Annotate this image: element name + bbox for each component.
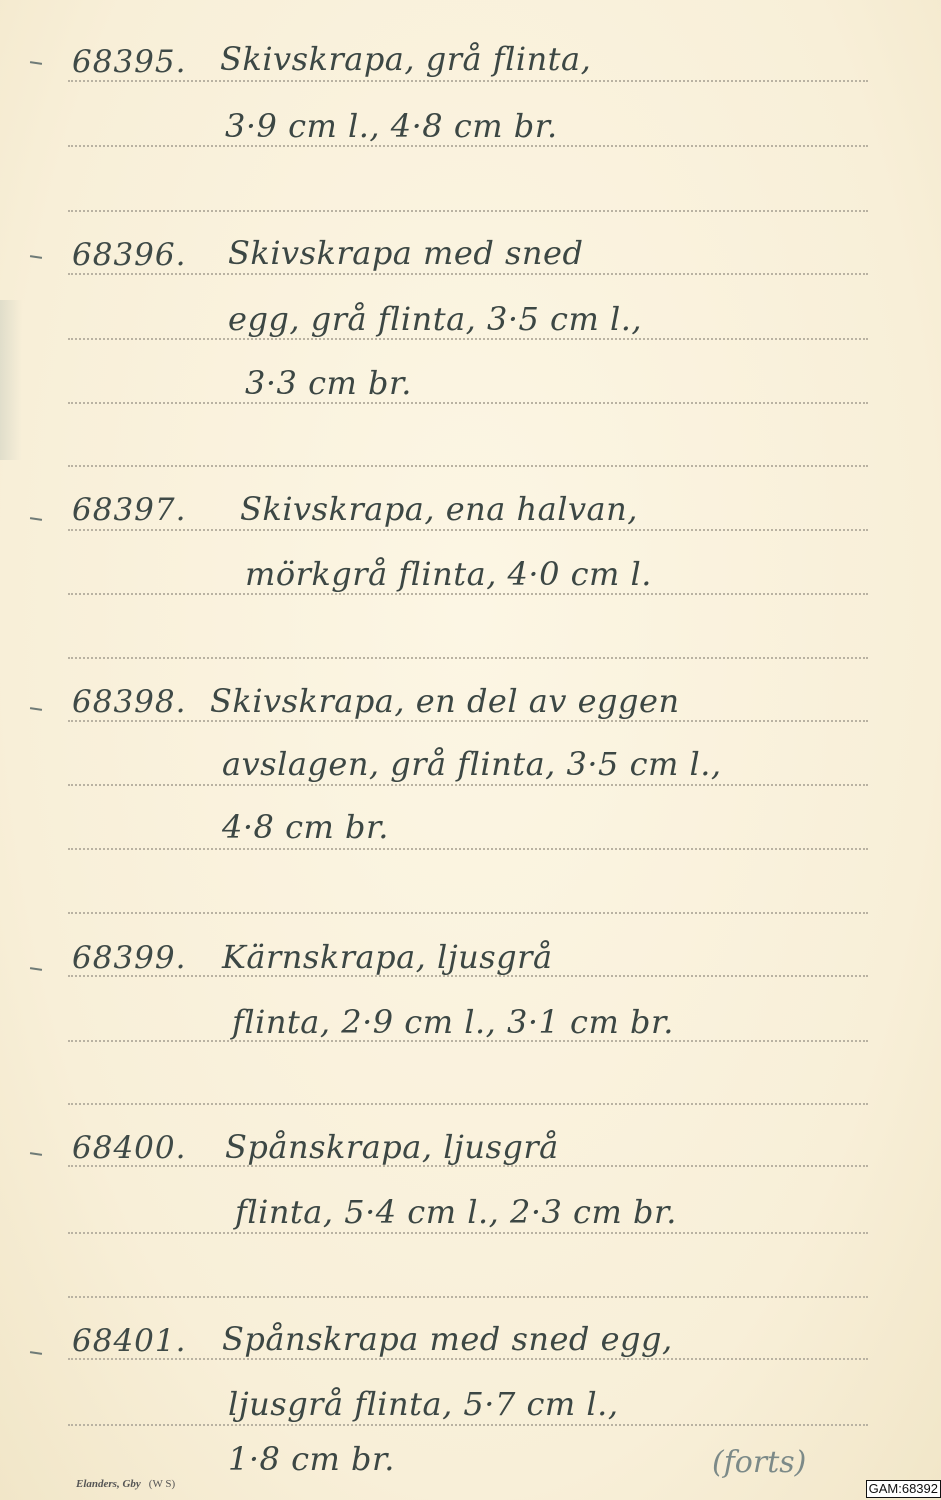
entry-line: Skivskrapa, grå flinta,: [220, 40, 591, 78]
continuation-note: (forts): [712, 1445, 806, 1480]
ruled-line: [68, 1296, 868, 1298]
ruled-line: [68, 80, 868, 82]
ruled-line: [68, 1358, 868, 1360]
printer-code: (W S): [149, 1478, 175, 1490]
ruled-line: [68, 529, 868, 531]
ruled-line: [68, 1103, 868, 1105]
ruled-line: [68, 402, 868, 404]
entry-line: avslagen, grå flinta, 3·5 cm l.,: [222, 745, 722, 783]
entry-line: Spånskrapa, ljusgrå: [225, 1128, 559, 1166]
entry-dash-mark: [30, 1152, 42, 1156]
entry-line: 4·8 cm br.: [222, 808, 389, 846]
entry-line: flinta, 5·4 cm l., 2·3 cm br.: [235, 1193, 677, 1231]
ruled-line: [68, 720, 868, 722]
ruled-line: [68, 465, 868, 467]
ruled-line: [68, 784, 868, 786]
paper-stain: [0, 300, 22, 460]
catalogue-number: 68396.: [72, 237, 186, 273]
ruled-line: [68, 273, 868, 275]
entry-dash-mark: [30, 967, 42, 971]
catalogue-card: 68395. Skivskrapa, grå flinta, 3·9 cm l.…: [0, 0, 941, 1500]
entry-dash-mark: [30, 1351, 42, 1355]
entry-dash-mark: [30, 707, 42, 711]
catalogue-number: 68395.: [72, 44, 186, 80]
ruled-line: [68, 657, 868, 659]
ruled-line: [68, 593, 868, 595]
ruled-line: [68, 1424, 868, 1426]
entry-line: 3·3 cm br.: [245, 364, 412, 402]
ruled-line: [68, 912, 868, 914]
entry-line: Kärnskrapa, ljusgrå: [222, 938, 553, 976]
ruled-line: [68, 1232, 868, 1234]
ruled-line: [68, 210, 868, 212]
entry-line: Spånskrapa med sned egg,: [222, 1320, 673, 1358]
entry-line: egg, grå flinta, 3·5 cm l.,: [228, 300, 642, 338]
catalogue-number: 68401.: [72, 1323, 186, 1359]
entry-line: Skivskrapa, en del av eggen: [210, 682, 680, 720]
archive-stamp: GAM:68392: [866, 1480, 941, 1498]
entry-line: mörkgrå flinta, 4·0 cm l.: [245, 555, 652, 593]
catalogue-number: 68398.: [72, 684, 186, 720]
entry-dash-mark: [30, 517, 42, 521]
entry-line: 1·8 cm br.: [228, 1440, 395, 1478]
ruled-line: [68, 145, 868, 147]
catalogue-number: 68397.: [72, 492, 186, 528]
ruled-line: [68, 338, 868, 340]
entry-line: ljusgrå flinta, 5·7 cm l.,: [228, 1385, 619, 1423]
entry-line: flinta, 2·9 cm l., 3·1 cm br.: [232, 1003, 674, 1041]
catalogue-number: 68399.: [72, 940, 186, 976]
catalogue-number: 68400.: [72, 1130, 186, 1166]
entry-line: Skivskrapa, ena halvan,: [240, 490, 638, 528]
ruled-line: [68, 848, 868, 850]
entry-dash-mark: [30, 255, 42, 259]
entry-line: 3·9 cm l., 4·8 cm br.: [225, 107, 558, 145]
printer-name: Elanders, Gby: [76, 1478, 141, 1490]
entry-line: Skivskrapa med sned: [228, 234, 583, 272]
entry-dash-mark: [30, 61, 42, 65]
printer-mark: Elanders, Gby(W S): [76, 1478, 175, 1490]
